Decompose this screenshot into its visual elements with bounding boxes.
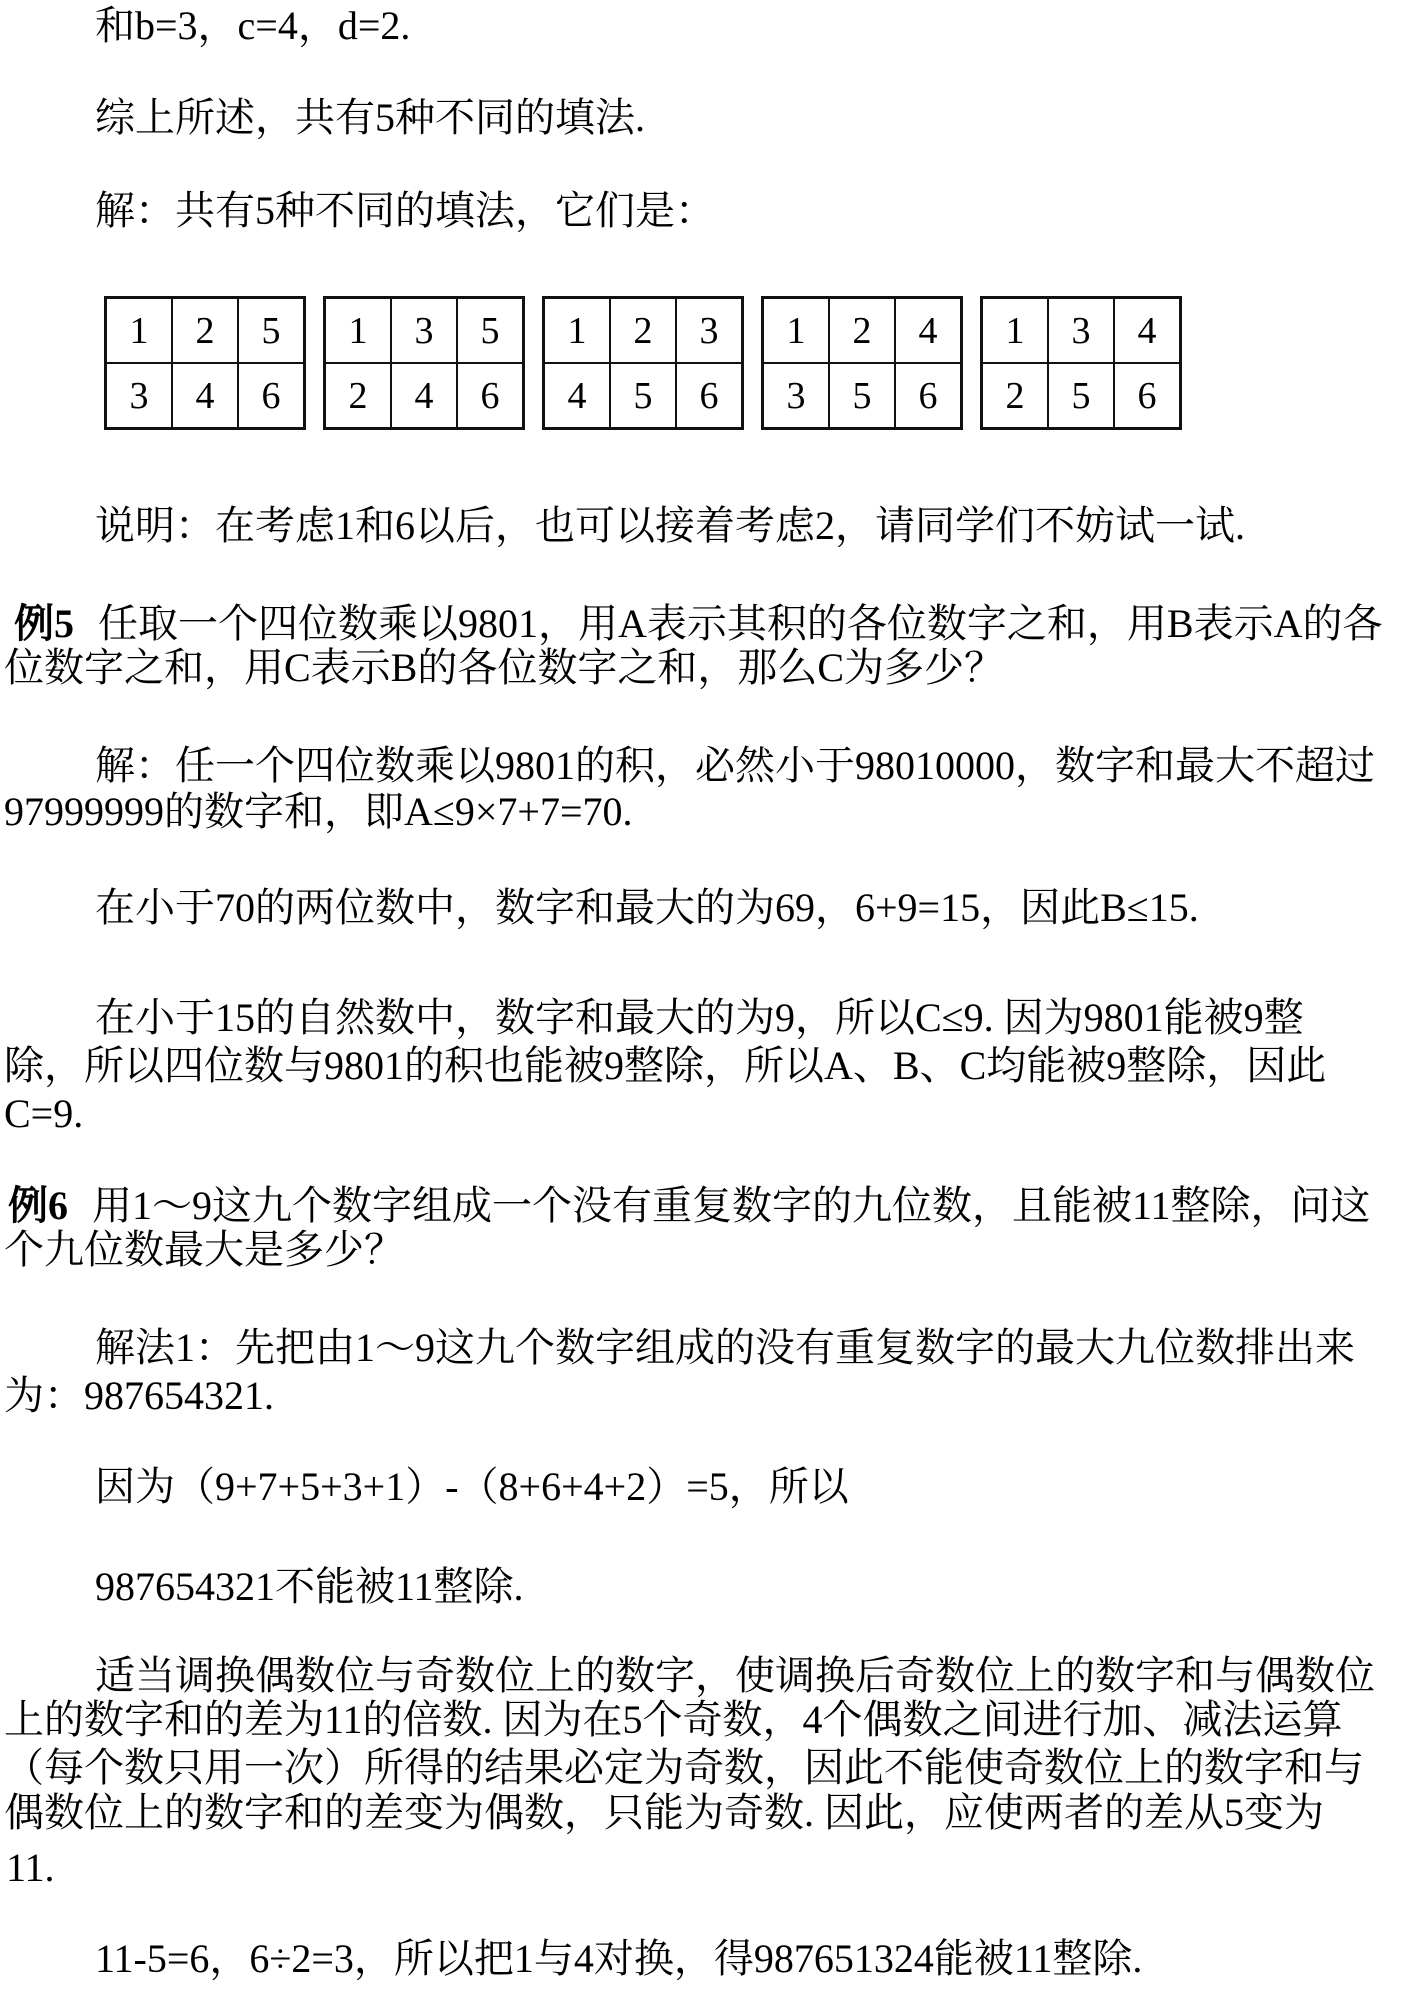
grid-cell: 3 (391, 298, 457, 364)
grid-cell: 1 (106, 298, 173, 364)
example5-solution-line2: 97999999的数字和，即A≤9×7+7=70. (4, 789, 633, 835)
grid-row: 2 4 6 (325, 363, 524, 429)
example5-label: 例5 (14, 601, 74, 646)
grid-row: 1 3 4 (982, 298, 1181, 364)
note-line: 说明：在考虑1和6以后，也可以接着考虑2，请同学们不妨试一试. (95, 503, 1245, 549)
grid-cell: 2 (610, 298, 676, 364)
grid-cell: 3 (676, 298, 743, 364)
example6-notdivisible-line: 987654321不能被11整除. (95, 1564, 524, 1610)
summary-line: 综上所述，共有5种不同的填法. (95, 95, 645, 141)
grid-cell: 4 (895, 298, 962, 364)
grid-cell: 2 (325, 363, 392, 429)
grid-cell: 1 (544, 298, 611, 364)
example5-step3-line3: C=9. (4, 1091, 83, 1137)
fill-grid-5: 1 3 4 2 5 6 (980, 296, 1182, 430)
example6-problem-line1: 例6用1～9这九个数字组成一个没有重复数字的九位数，且能被11整除，问这 (8, 1183, 1371, 1229)
example6-adjust-line4: 偶数位上的数字和的差变为偶数，只能为奇数. 因此，应使两者的差从5变为 (4, 1790, 1324, 1836)
example5-problem-line1: 例5任取一个四位数乘以9801，用A表示其积的各位数字之和，用B表示A的各 (14, 601, 1382, 647)
example6-method1-line2: 为：987654321. (4, 1373, 274, 1419)
example6-label: 例6 (8, 1183, 68, 1228)
grid-cell: 5 (610, 363, 676, 429)
grid-row: 3 4 6 (106, 363, 305, 429)
grid-row: 1 2 5 (106, 298, 305, 364)
grid-row: 4 5 6 (544, 363, 743, 429)
grid-cell: 5 (829, 363, 895, 429)
grid-cell: 1 (763, 298, 830, 364)
grid-cell: 1 (982, 298, 1049, 364)
fill-grid-1: 1 2 5 3 4 6 (104, 296, 306, 430)
fill-grid-2: 1 3 5 2 4 6 (323, 296, 525, 430)
grid-row: 2 5 6 (982, 363, 1181, 429)
grid-cell: 6 (238, 363, 305, 429)
grid-cell: 4 (391, 363, 457, 429)
example6-adjust-line2: 上的数字和的差为11的倍数. 因为在5个奇数，4个偶数之间进行加、减法运算 (4, 1697, 1343, 1743)
solution-grids: 1 2 5 3 4 6 1 3 5 2 4 6 1 (104, 296, 1182, 430)
grid-cell: 2 (982, 363, 1049, 429)
grid-cell: 4 (544, 363, 611, 429)
grid-cell: 5 (238, 298, 305, 364)
example5-step3-line2: 除，所以四位数与9801的积也能被9整除，所以A、B、C均能被9整除，因此 (4, 1043, 1326, 1089)
example6-method1-line1: 解法1：先把由1～9这九个数字组成的没有重复数字的最大九位数排出来 (95, 1325, 1355, 1371)
example6-conclusion-line: 11-5=6，6÷2=3，所以把1与4对换，得987651324能被11整除. (95, 1936, 1142, 1982)
example6-because-line: 因为（9+7+5+3+1）-（8+6+4+2）=5，所以 (95, 1464, 849, 1510)
grid-row: 1 2 3 (544, 298, 743, 364)
example6-adjust-line3: （每个数只用一次）所得的结果必定为奇数，因此不能使奇数位上的数字和与 (4, 1745, 1364, 1791)
grid-row: 1 2 4 (763, 298, 962, 364)
grid-cell: 1 (325, 298, 392, 364)
grid-cell: 6 (1114, 363, 1181, 429)
grid-row: 1 3 5 (325, 298, 524, 364)
grid-cell: 6 (895, 363, 962, 429)
example5-problem-line2: 位数字之和，用C表示B的各位数字之和，那么C为多少？ (4, 645, 1004, 691)
intro-tail-line: 和b=3，c=4，d=2. (95, 3, 410, 49)
solution-lead-line: 解：共有5种不同的填法，它们是： (95, 188, 715, 234)
fill-grid-4: 1 2 4 3 5 6 (761, 296, 963, 430)
example6-problem-line2: 个九位数最大是多少？ (4, 1227, 404, 1273)
example6-problem-text: 用1～9这九个数字组成一个没有重复数字的九位数，且能被11整除，问这 (92, 1183, 1371, 1228)
grid-cell: 4 (172, 363, 238, 429)
grid-row: 3 5 6 (763, 363, 962, 429)
grid-cell: 2 (172, 298, 238, 364)
example6-adjust-line5: 11. (6, 1845, 55, 1891)
grid-cell: 3 (1048, 298, 1114, 364)
grid-cell: 5 (457, 298, 524, 364)
example5-solution-line1: 解：任一个四位数乘以9801的积，必然小于98010000，数字和最大不超过 (95, 743, 1375, 789)
document-page: 和b=3，c=4，d=2. 综上所述，共有5种不同的填法. 解：共有5种不同的填… (0, 0, 1428, 1990)
example5-step3-line1: 在小于15的自然数中，数字和最大的为9，所以C≤9. 因为9801能被9整 (95, 995, 1304, 1041)
grid-cell: 3 (763, 363, 830, 429)
fill-grid-3: 1 2 3 4 5 6 (542, 296, 744, 430)
example6-adjust-line1: 适当调换偶数位与奇数位上的数字，使调换后奇数位上的数字和与偶数位 (95, 1653, 1375, 1699)
grid-cell: 3 (106, 363, 173, 429)
example5-problem-text: 任取一个四位数乘以9801，用A表示其积的各位数字之和，用B表示A的各 (98, 601, 1382, 646)
grid-cell: 6 (676, 363, 743, 429)
grid-cell: 2 (829, 298, 895, 364)
example5-step2-line: 在小于70的两位数中，数字和最大的为69，6+9=15，因此B≤15. (95, 885, 1199, 931)
grid-cell: 5 (1048, 363, 1114, 429)
grid-cell: 4 (1114, 298, 1181, 364)
grid-cell: 6 (457, 363, 524, 429)
